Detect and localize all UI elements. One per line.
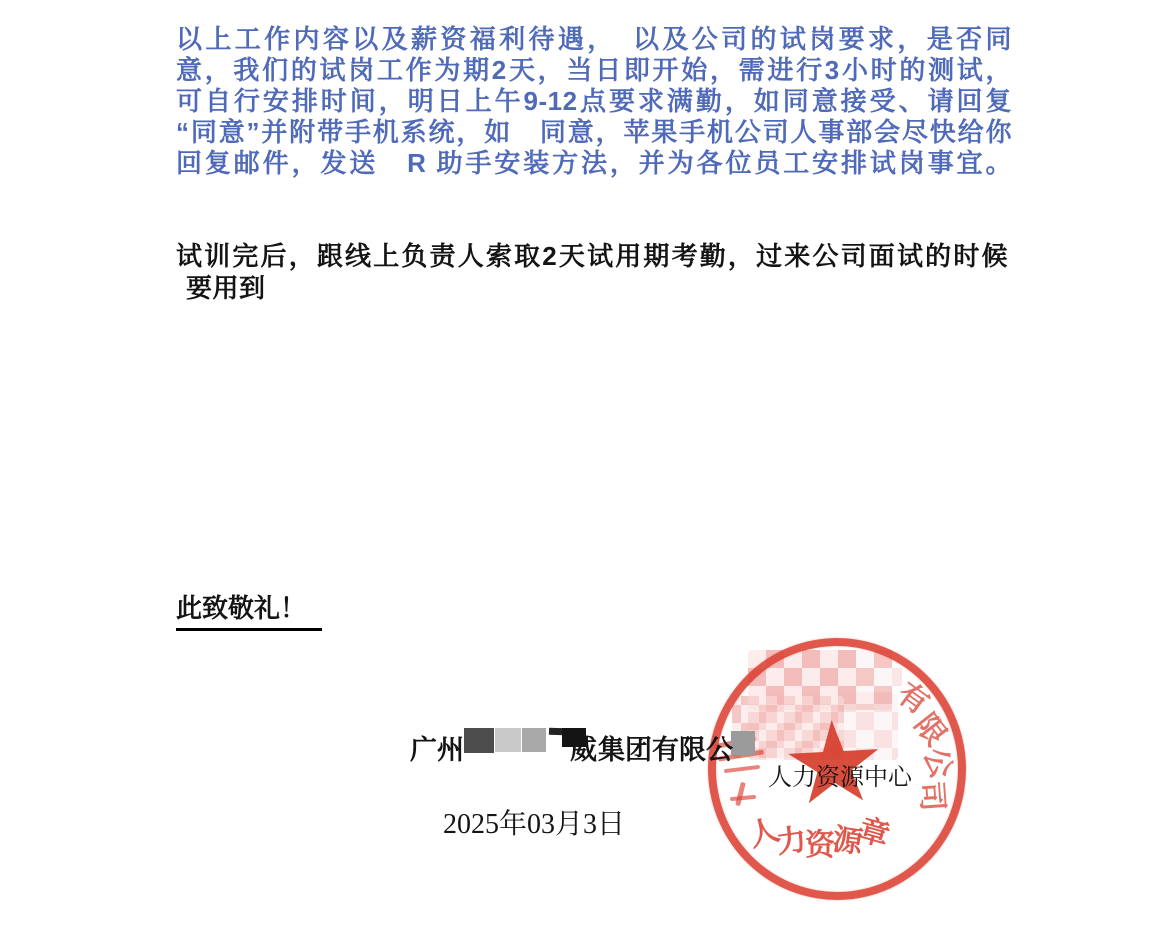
training-note-paragraph: 试训完后，跟线上负责人索取2天试用期考勤，过来公司面试的时候 要用到 [176, 240, 1008, 304]
redaction-block [562, 728, 586, 747]
redaction-block [522, 728, 546, 752]
hr-center-label: 人力资源中心 [768, 757, 912, 792]
redaction-block [495, 728, 521, 752]
paragraph-line: 意，我们的试岗工作为期2天，当日即开始，需进行3小时的测试， [176, 55, 1012, 86]
paragraph-line: 要用到 [186, 272, 1008, 304]
paragraph-line: “同意”并附带手机系统，如 同意，苹果手机公司人事部会尽快给你 [176, 117, 1012, 148]
company-name-prefix: 广州 [410, 728, 464, 767]
company-name-suffix: 集团有限公 [598, 728, 733, 767]
paragraph-line: 以上工作内容以及薪资福利待遇， 以及公司的试岗要求，是否同 [176, 24, 1012, 55]
salutation: 此致敬礼！ [176, 588, 322, 631]
redaction-block [464, 728, 494, 753]
letter-document: 以上工作内容以及薪资福利待遇， 以及公司的试岗要求，是否同 意，我们的试岗工作为… [0, 0, 1176, 952]
paragraph-line: 试训完后，跟线上负责人索取2天试用期考勤，过来公司面试的时候 [176, 240, 1008, 272]
date-line: 2025年03月3日 [443, 802, 625, 842]
paragraph-line: 回复邮件，发送 R 助手安装方法，并为各位员工安排试岗事宜。 [176, 148, 1012, 179]
offer-terms-paragraph: 以上工作内容以及薪资福利待遇， 以及公司的试岗要求，是否同 意，我们的试岗工作为… [176, 24, 1012, 179]
paragraph-line: 可自行安排时间，明日上午9-12点要求满勤，如同意接受、请回复 [176, 86, 1012, 117]
redaction-block [731, 731, 755, 755]
